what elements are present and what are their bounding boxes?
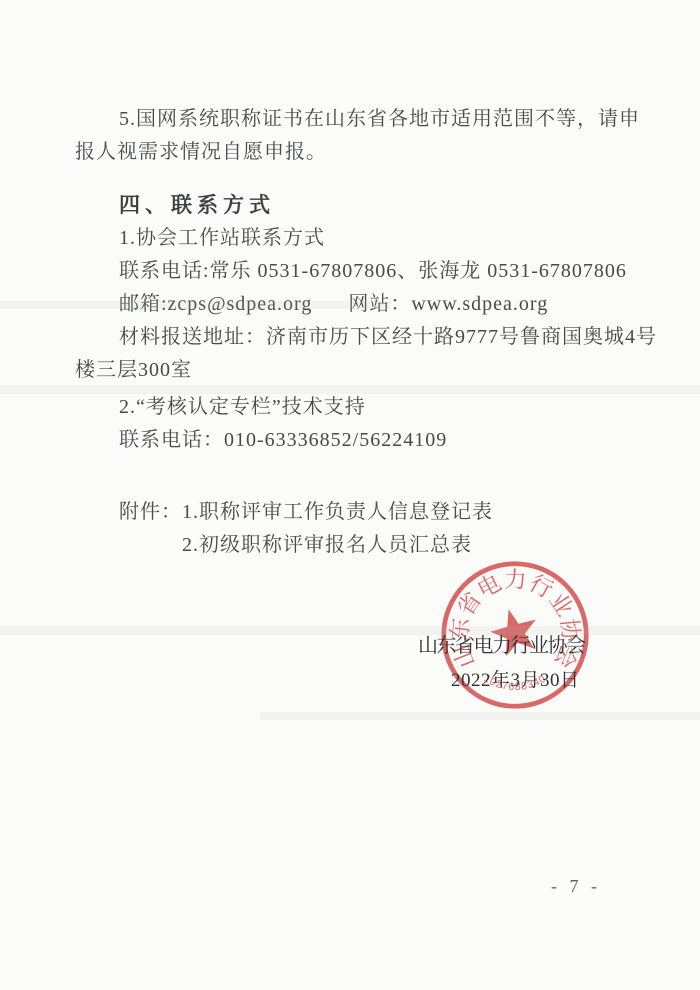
page-number: - 7 - bbox=[551, 876, 601, 897]
attachment-line-1: 附件：1.职称评审工作负责人信息登记表 bbox=[75, 496, 635, 529]
contact-item-1-title: 1.协会工作站联系方式 bbox=[75, 222, 635, 255]
signature-organization: 山东省电力行业协会 bbox=[418, 629, 585, 658]
paragraph-5-line-2: 报人视需求情况自愿申报。 bbox=[75, 136, 635, 169]
contact-item-2-title: 2.“考核认定专栏”技术支持 bbox=[75, 391, 635, 424]
paragraph-5-line-1: 5.国网系统职称证书在山东省各地市适用范围不等，请申 bbox=[75, 103, 635, 136]
contact-email-website-line: 邮箱:zcps@sdpea.org 网站：www.sdpea.org bbox=[75, 288, 635, 321]
mailing-address-line-2: 楼三层300室 bbox=[75, 354, 635, 387]
contact-phone-line: 联系电话:常乐 0531-67807806、张海龙 0531-67807806 bbox=[75, 255, 635, 288]
section-heading-contact: 四、联系方式 bbox=[75, 189, 635, 222]
signature-date: 2022年3月30日 bbox=[451, 665, 580, 692]
support-phone-line: 联系电话：010-63336852/56224109 bbox=[75, 424, 635, 457]
mailing-address-line-1: 材料报送地址：济南市历下区经十路9777号鲁商国奥城4号 bbox=[75, 321, 635, 354]
document-body: 5.国网系统职称证书在山东省各地市适用范围不等，请申 报人视需求情况自愿申报。 … bbox=[75, 103, 635, 562]
attachment-line-2: 2.初级职称评审报名人员汇总表 bbox=[75, 529, 635, 562]
